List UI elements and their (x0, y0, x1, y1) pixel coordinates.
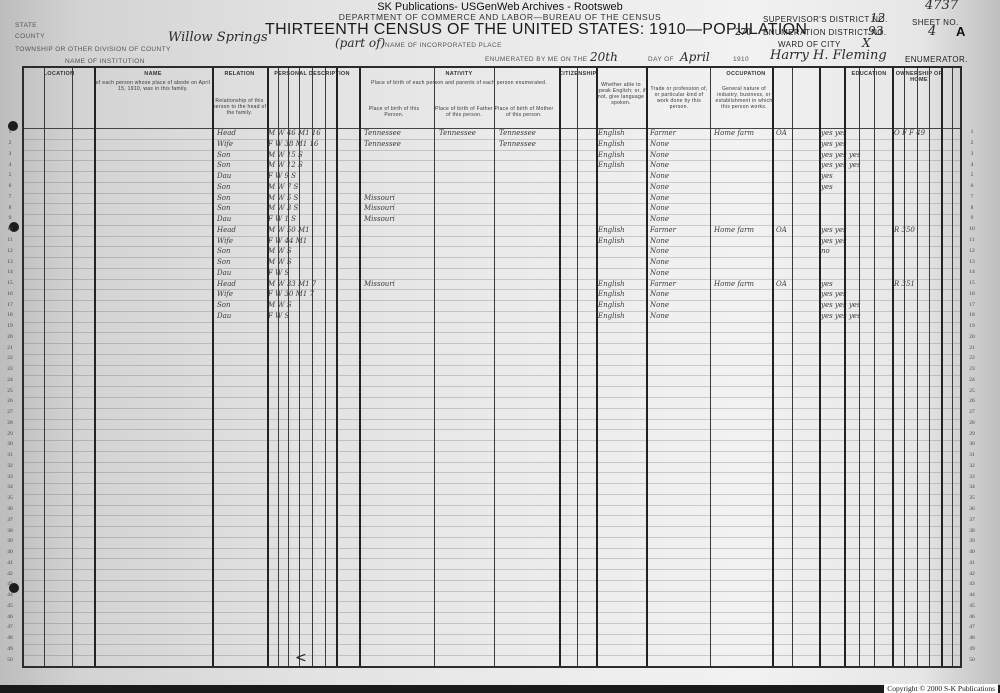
row-number: 45 (4, 603, 16, 609)
institution-label: NAME OF INSTITUTION (65, 58, 145, 65)
row-number: 39 (4, 538, 16, 544)
cell-speak: English (598, 161, 625, 169)
column-divider (792, 68, 793, 666)
supervisor-label: SUPERVISOR'S DISTRICT NO. (763, 15, 888, 24)
column-divider (312, 68, 313, 666)
column-divider (559, 68, 561, 666)
sheet-letter: A (956, 24, 965, 39)
nativity-col-mother: Place of birth of Mother of this person. (494, 106, 554, 118)
form-number: 270 (735, 26, 752, 38)
enumerated-year: 1910 (733, 56, 749, 63)
row-number: 9 (4, 215, 16, 221)
column-divider (434, 68, 435, 666)
township-value: Willow Springs (168, 30, 268, 45)
column-divider (596, 68, 598, 666)
row-number: 27 (966, 409, 978, 415)
cell-trade: None (650, 290, 669, 298)
day-of-label: DAY OF (648, 56, 674, 63)
cell-pd: F W 38 M1 16 (268, 140, 318, 148)
cell-edu: yes (821, 280, 833, 288)
row-number: 48 (4, 635, 16, 641)
cell-father: Tennessee (439, 129, 476, 137)
column-divider (874, 68, 875, 666)
cell-relation: Son (217, 161, 231, 169)
row-number: 43 (966, 581, 978, 587)
row-number: 33 (4, 474, 16, 480)
cell-relation: Wife (217, 290, 233, 298)
cell-edu: yes yes (821, 226, 847, 234)
cell-relation: Dau (217, 312, 231, 320)
row-number: 44 (966, 592, 978, 598)
cell-edu: yes yes yes (821, 151, 861, 159)
supervisor-value: 12 (870, 11, 885, 25)
col-group-location: LOCATION (24, 71, 94, 77)
row-number: 24 (4, 377, 16, 383)
cell-edu: yes (821, 172, 833, 180)
cell-emp: OA (776, 129, 787, 137)
column-divider (710, 68, 711, 666)
check-mark: < (295, 650, 307, 666)
corner-mark: 4737 (925, 0, 958, 13)
row-number: 17 (966, 302, 978, 308)
column-divider (577, 68, 578, 666)
row-number: 28 (4, 420, 16, 426)
trade-header: Trade or profession of, or particular ki… (649, 86, 709, 110)
column-divider (72, 68, 73, 666)
cell-pd: F W 30 M1 7 (268, 290, 314, 298)
column-divider (336, 68, 338, 666)
row-number: 48 (966, 635, 978, 641)
cell-trade: Farmer (650, 280, 676, 288)
column-divider (288, 68, 289, 666)
cell-pd: M W 15 S (268, 151, 303, 159)
column-divider (359, 68, 361, 666)
row-number: 8 (4, 205, 16, 211)
row-number: 42 (4, 571, 16, 577)
row-number: 40 (4, 549, 16, 555)
row-number: 26 (4, 398, 16, 404)
col-group-occupation: OCCUPATION (646, 71, 846, 77)
row-divider (24, 666, 960, 667)
row-number: 12 (4, 248, 16, 254)
row-number: 14 (4, 269, 16, 275)
nativity-col-self: Place of birth of this Person. (364, 106, 424, 118)
cell-relation: Dau (217, 172, 231, 180)
row-number: 2 (966, 140, 978, 146)
column-divider (278, 68, 279, 666)
cell-edu: yes (821, 183, 833, 191)
cell-industry: Home farm (714, 280, 754, 288)
cell-trade: None (650, 269, 669, 277)
cell-relation: Son (217, 194, 231, 202)
cell-relation: Dau (217, 215, 231, 223)
row-number: 13 (4, 259, 16, 265)
row-number: 10 (4, 226, 16, 232)
cell-relation: Son (217, 151, 231, 159)
cell-pd: M W 33 M1 7 (268, 280, 316, 288)
cell-edu: yes yes yes (821, 301, 861, 309)
cell-pd: F W 1 S (268, 215, 296, 223)
row-number: 19 (4, 323, 16, 329)
cell-relation: Son (217, 183, 231, 191)
cell-pd: M W 12 S (268, 161, 303, 169)
cell-birth: Missouri (364, 215, 395, 223)
incorporated-label: NAME OF INCORPORATED PLACE (385, 42, 502, 49)
cell-pd: M W 7 S (268, 183, 298, 191)
row-number: 45 (966, 603, 978, 609)
row-number: 3 (966, 151, 978, 157)
row-number: 37 (966, 517, 978, 523)
row-number: 26 (966, 398, 978, 404)
cell-trade: None (650, 161, 669, 169)
row-number: 14 (966, 269, 978, 275)
cell-birth: Tennessee (364, 129, 401, 137)
row-number: 17 (4, 302, 16, 308)
row-number: 9 (966, 215, 978, 221)
row-number: 7 (966, 194, 978, 200)
nativity-col-father: Place of birth of Father of this person. (434, 106, 494, 118)
cell-relation: Wife (217, 140, 233, 148)
row-number: 1 (966, 129, 978, 135)
row-number: 35 (966, 495, 978, 501)
cell-pd: F W 9 S (268, 172, 296, 180)
enumerated-month: April (680, 50, 710, 64)
row-number: 31 (966, 452, 978, 458)
row-number: 16 (966, 291, 978, 297)
cell-edu: yes yes (821, 140, 847, 148)
column-divider (212, 68, 214, 666)
col-group-education: EDUCATION (844, 71, 894, 77)
row-number: 18 (966, 312, 978, 318)
cell-trade: Farmer (650, 129, 676, 137)
row-number: 31 (4, 452, 16, 458)
cell-edu: no (821, 247, 830, 255)
row-number: 11 (4, 237, 16, 243)
column-divider (267, 68, 269, 666)
sheet-value: 4 (928, 24, 936, 39)
cell-pd: M W 5 S (268, 194, 298, 202)
enumerator-label: ENUMERATOR. (905, 55, 968, 64)
column-divider (646, 68, 648, 666)
enumerator-name: Harry H. Fleming (770, 48, 887, 63)
cell-speak: English (598, 151, 625, 159)
row-number: 6 (4, 183, 16, 189)
cell-birth: Tennessee (364, 140, 401, 148)
cell-emp: OA (776, 226, 787, 234)
column-divider (929, 68, 930, 666)
row-number: 30 (4, 441, 16, 447)
cell-edu: yes yes (821, 237, 847, 245)
row-number: 32 (966, 463, 978, 469)
row-number: 43 (4, 581, 16, 587)
cell-speak: English (598, 140, 625, 148)
cell-pd: M W 3 S (268, 204, 298, 212)
row-number: 42 (966, 571, 978, 577)
copyright-notice: Copyright © 2000 S-K Publications (884, 684, 998, 693)
row-number: 36 (966, 506, 978, 512)
row-number: 37 (4, 517, 16, 523)
column-divider (859, 68, 860, 666)
speak-english-header: Whether able to speak English; or, if no… (596, 82, 646, 106)
census-table: LOCATION NAME of each person whose place… (22, 66, 962, 668)
row-number: 25 (966, 388, 978, 394)
cell-speak: English (598, 301, 625, 309)
cell-own: O F F 49 (894, 129, 925, 137)
cell-birth: Missouri (364, 194, 395, 202)
cell-trade: None (650, 247, 669, 255)
enumerated-day: 20th (590, 50, 618, 64)
row-number: 22 (966, 355, 978, 361)
row-number: 34 (966, 484, 978, 490)
relation-instructions: Relationship of this person to the head … (212, 98, 267, 116)
column-divider (917, 68, 918, 666)
cell-relation: Head (217, 226, 236, 234)
cell-trade: None (650, 312, 669, 320)
cell-trade: Farmer (650, 226, 676, 234)
row-number: 29 (4, 431, 16, 437)
row-number: 49 (966, 646, 978, 652)
cell-edu: yes yes yes (821, 161, 861, 169)
col-group-nativity: NATIVITY (359, 71, 559, 77)
cell-mother: Tennessee (499, 140, 536, 148)
cell-emp: OA (776, 280, 787, 288)
column-divider (844, 68, 846, 666)
column-divider (892, 68, 894, 666)
cell-speak: English (598, 226, 625, 234)
cell-trade: None (650, 301, 669, 309)
row-number: 18 (4, 312, 16, 318)
column-divider (299, 68, 300, 666)
column-divider (325, 68, 326, 666)
cell-industry: Home farm (714, 226, 754, 234)
row-number: 49 (4, 646, 16, 652)
row-number: 2 (4, 140, 16, 146)
census-sheet: SK Publications- USGenWeb Archives - Roo… (0, 0, 1000, 685)
industry-header: General nature of industry, business, or… (714, 86, 774, 110)
cell-relation: Dau (217, 269, 231, 277)
cell-speak: English (598, 280, 625, 288)
row-number: 46 (966, 614, 978, 620)
row-number: 24 (966, 377, 978, 383)
row-number: 20 (4, 334, 16, 340)
county-label: COUNTY (15, 33, 45, 40)
row-number: 32 (4, 463, 16, 469)
row-number: 28 (966, 420, 978, 426)
row-number: 6 (966, 183, 978, 189)
row-number: 46 (4, 614, 16, 620)
row-number: 21 (4, 345, 16, 351)
row-number: 47 (966, 624, 978, 630)
col-group-name: NAME (94, 71, 212, 77)
row-number: 47 (4, 624, 16, 630)
cell-relation: Son (217, 301, 231, 309)
cell-trade: None (650, 172, 669, 180)
cell-edu: yes yes (821, 129, 847, 137)
name-instructions: of each person whose place of abode on A… (94, 80, 212, 92)
row-number: 50 (4, 657, 16, 663)
row-number: 41 (4, 560, 16, 566)
state-label: STATE (15, 22, 37, 29)
row-number: 33 (966, 474, 978, 480)
row-number: 23 (966, 366, 978, 372)
col-group-relation: RELATION (212, 71, 267, 77)
cell-trade: None (650, 204, 669, 212)
cell-speak: English (598, 312, 625, 320)
row-number: 22 (4, 355, 16, 361)
row-number: 44 (4, 592, 16, 598)
row-number: 50 (966, 657, 978, 663)
row-number: 5 (966, 172, 978, 178)
column-divider (941, 68, 943, 666)
cell-speak: English (598, 290, 625, 298)
cell-trade: None (650, 258, 669, 266)
township-label: TOWNSHIP OR OTHER DIVISION OF COUNTY (15, 46, 171, 53)
incorporated-value: (part of) (335, 36, 385, 50)
row-number: 30 (966, 441, 978, 447)
row-number: 27 (4, 409, 16, 415)
row-number: 15 (966, 280, 978, 286)
cell-relation: Wife (217, 237, 233, 245)
column-divider (44, 68, 45, 666)
cell-trade: None (650, 194, 669, 202)
cell-speak: English (598, 129, 625, 137)
cell-trade: None (650, 237, 669, 245)
cell-birth: Missouri (364, 280, 395, 288)
row-number: 20 (966, 334, 978, 340)
row-number: 4 (966, 162, 978, 168)
cell-edu: yes yes (821, 290, 847, 298)
row-number: 1 (4, 129, 16, 135)
row-number: 3 (4, 151, 16, 157)
enumerated-label: ENUMERATED BY ME ON THE (485, 56, 587, 63)
row-number: 36 (4, 506, 16, 512)
cell-trade: None (650, 183, 669, 191)
cell-edu: yes yes yes (821, 312, 861, 320)
row-number: 10 (966, 226, 978, 232)
row-number: 11 (966, 237, 978, 243)
row-number: 13 (966, 259, 978, 265)
row-number: 41 (966, 560, 978, 566)
column-divider (952, 68, 953, 666)
row-number: 35 (4, 495, 16, 501)
cell-trade: None (650, 140, 669, 148)
cell-relation: Head (217, 129, 236, 137)
row-number: 38 (4, 528, 16, 534)
row-number: 25 (4, 388, 16, 394)
row-number: 29 (966, 431, 978, 437)
row-number: 8 (966, 205, 978, 211)
cell-relation: Son (217, 247, 231, 255)
row-number: 19 (966, 323, 978, 329)
cell-relation: Head (217, 280, 236, 288)
row-number: 39 (966, 538, 978, 544)
row-number: 40 (966, 549, 978, 555)
cell-relation: Son (217, 204, 231, 212)
cell-mother: Tennessee (499, 129, 536, 137)
row-number: 23 (4, 366, 16, 372)
row-number: 21 (966, 345, 978, 351)
column-divider (94, 68, 96, 666)
column-divider (904, 68, 905, 666)
row-number: 4 (4, 162, 16, 168)
column-divider (819, 68, 821, 666)
row-number: 34 (4, 484, 16, 490)
col-group-ownership: OWNERSHIP OF HOME (894, 71, 944, 83)
row-number: 12 (966, 248, 978, 254)
nativity-instructions: Place of birth of each person and parent… (359, 80, 559, 86)
cell-relation: Son (217, 258, 231, 266)
column-divider (772, 68, 774, 666)
cell-trade: None (650, 151, 669, 159)
row-number: 15 (4, 280, 16, 286)
cell-industry: Home farm (714, 129, 754, 137)
cell-trade: None (650, 215, 669, 223)
row-number: 5 (4, 172, 16, 178)
column-divider (494, 68, 495, 666)
row-number: 16 (4, 291, 16, 297)
row-number: 7 (4, 194, 16, 200)
cell-speak: English (598, 237, 625, 245)
row-number: 38 (966, 528, 978, 534)
cell-birth: Missouri (364, 204, 395, 212)
